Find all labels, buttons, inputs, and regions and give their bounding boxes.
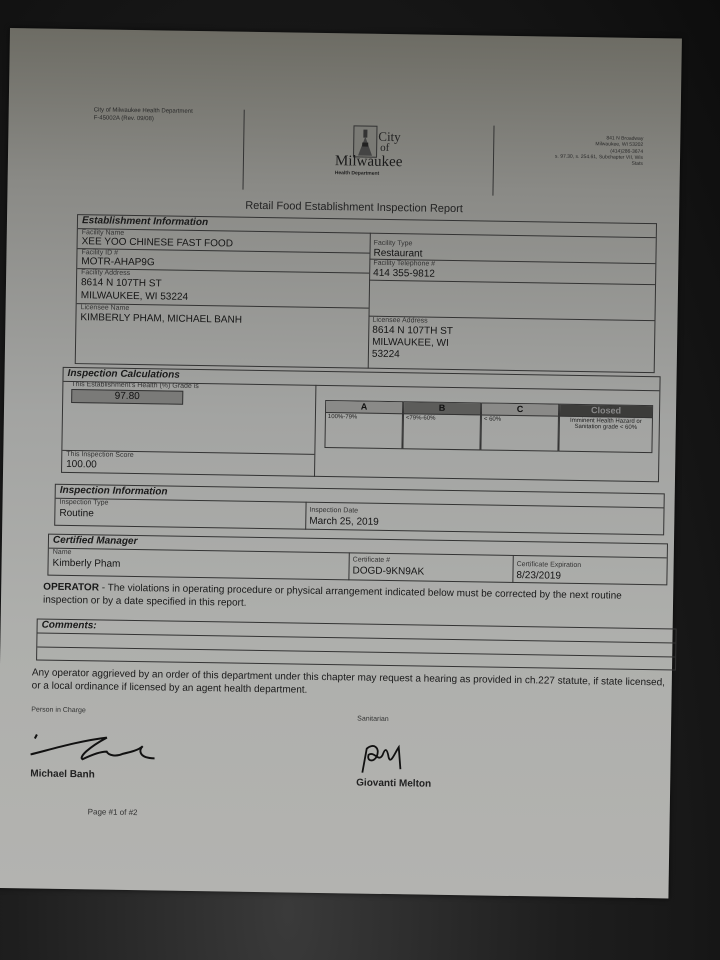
licensee-address-line2: MILWAUKEE, WI xyxy=(372,337,449,349)
section-title: Establishment Information xyxy=(82,215,208,228)
facility-address-line2: MILWAUKEE, WI 53224 xyxy=(81,290,188,303)
facility-phone: 414 355-9812 xyxy=(373,268,435,280)
grade-cell-closed: ClosedImminent Health Hazard or Sanitati… xyxy=(558,404,653,453)
department-name: City of Milwaukee Health Department xyxy=(94,107,193,115)
logo-dept-text: Health Department xyxy=(335,170,380,177)
licensee-name-label: Licensee Name xyxy=(81,304,130,312)
licensee-address-line1: 8614 N 107TH ST xyxy=(372,325,453,337)
sanitarian-name: Giovanti Melton xyxy=(356,778,431,790)
grade-range: Imminent Health Hazard or Sanitation gra… xyxy=(560,417,652,432)
expiration-label: Certificate Expiration xyxy=(517,561,582,569)
facility-id: MOTR-AHAP9G xyxy=(81,256,155,268)
appeal-notice: Any operator aggrieved by an order of th… xyxy=(32,666,672,702)
inspection-type-label: Inspection Type xyxy=(60,499,109,507)
inspection-type: Routine xyxy=(59,508,94,520)
section-title: Certified Manager xyxy=(53,535,138,547)
facility-type-label: Facility Type xyxy=(374,240,413,248)
city-logo: City of Milwaukee Health Department xyxy=(10,28,682,39)
department-address: 841 N Broadway Milwaukee, WI 53202 (414)… xyxy=(498,134,643,168)
comments-section: Comments: xyxy=(36,618,677,670)
licensee-address-label: Licensee Address xyxy=(372,317,427,325)
facility-address-line1: 8614 N 107TH ST xyxy=(81,277,162,289)
inspection-report-page: City of Milwaukee Health Department F-45… xyxy=(0,28,682,898)
calculations-section: Inspection Calculations This Establishme… xyxy=(61,367,661,482)
certificate-expiration: 8/23/2019 xyxy=(516,570,561,582)
grade-range: 100%-79% xyxy=(326,413,402,422)
certificate-label: Certificate # xyxy=(353,556,390,564)
manager-name: Kimberly Pham xyxy=(53,558,121,570)
page-indicator: Page #1 of #2 xyxy=(88,807,138,817)
section-title: Inspection Information xyxy=(60,485,168,498)
inspection-date-label: Inspection Date xyxy=(309,507,358,515)
grade-cell-a: A100%-79% xyxy=(324,400,403,449)
facility-address-label: Facility Address xyxy=(81,269,130,277)
grade-scale-table: A100%-79%B<79%-60%C< 60%ClosedImminent H… xyxy=(324,400,653,453)
report-title: Retail Food Establishment Inspection Rep… xyxy=(245,200,463,215)
manager-section: Certified Manager Name Kimberly Pham Cer… xyxy=(47,534,668,586)
comments-label: Comments: xyxy=(42,620,97,632)
person-in-charge-label: Person in Charge xyxy=(31,706,86,714)
form-number: F-45002A (Rev. 09/08) xyxy=(94,115,154,122)
grade-range: < 60% xyxy=(482,415,558,424)
operator-notice: OPERATOR - The violations in operating p… xyxy=(43,581,665,617)
logo-milwaukee-text: Milwaukee xyxy=(335,153,403,171)
logo-of-text: of xyxy=(380,142,389,154)
header-divider-right xyxy=(492,126,494,196)
establishment-section: Establishment Information Facility Name … xyxy=(75,214,657,373)
inspection-date: March 25, 2019 xyxy=(309,516,379,528)
inspection-score: 100.00 xyxy=(66,459,97,470)
facility-phone-label: Facility Telephone # xyxy=(373,260,435,268)
facility-type: Restaurant xyxy=(373,248,422,260)
grade-range: <79%-60% xyxy=(404,414,480,423)
score-label: This Inspection Score xyxy=(66,451,133,459)
manager-name-label: Name xyxy=(53,549,72,556)
licensee-address-line3: 53224 xyxy=(372,349,400,360)
grade-cell-c: C< 60% xyxy=(480,402,559,451)
section-title: Inspection Calculations xyxy=(67,368,179,381)
sanitarian-label: Sanitarian xyxy=(357,716,389,723)
person-in-charge-name: Michael Banh xyxy=(30,768,95,780)
licensee-name: KIMBERLY PHAM, MICHAEL BANH xyxy=(80,312,242,326)
inspection-section: Inspection Information Inspection Type R… xyxy=(54,484,665,536)
header-divider-left xyxy=(242,110,244,190)
grade-cell-b: B<79%-60% xyxy=(402,401,481,450)
health-grade-value: 97.80 xyxy=(71,389,183,405)
certificate-number: DOGD-9KN9AK xyxy=(352,565,424,577)
